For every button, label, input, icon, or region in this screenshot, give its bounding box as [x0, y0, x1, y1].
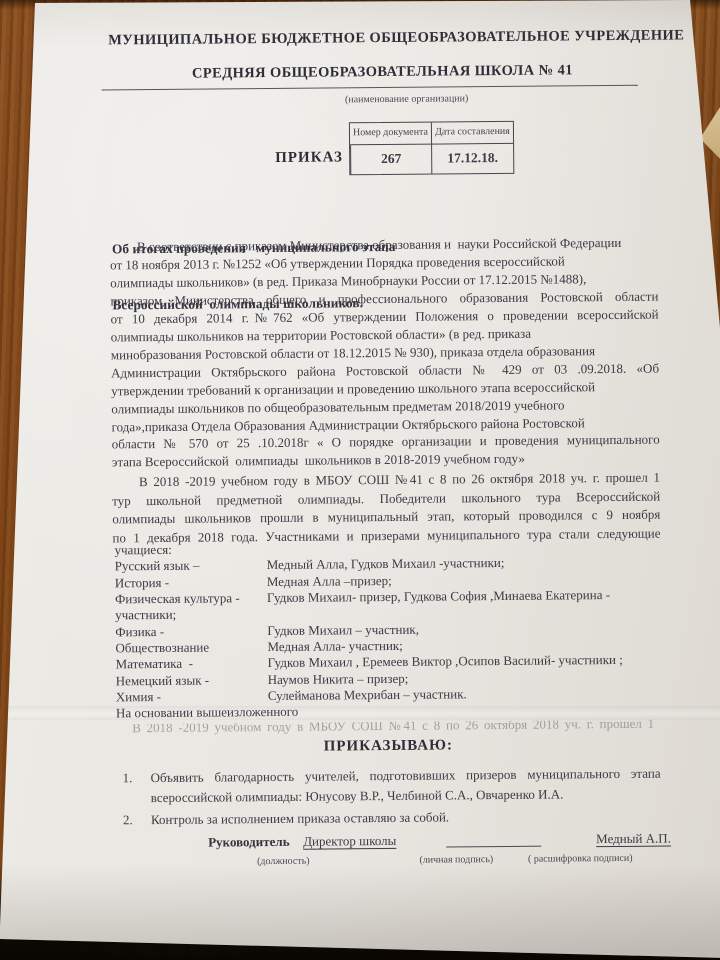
result-names: Медный Алла, Гудков Михаил -участники; — [267, 555, 505, 572]
org-name-line-1: МУНИЦИПАЛЬНОЕ БЮДЖЕТНОЕ ОБЩЕОБРАЗОВАТЕЛЬ… — [108, 28, 656, 50]
personal-signature-caption: (личная подпись) — [411, 854, 501, 866]
result-subject: История - — [115, 574, 267, 592]
result-subject: Обществознание — [115, 639, 267, 657]
org-name-line-2: СРЕДНЯЯ ОБЩЕОБРАЗОВАТЕЛЬНАЯ ШКОЛА № 41 — [108, 62, 656, 84]
result-names: Наумов Никита – призер; — [268, 671, 409, 687]
signature-role-label: Руководитель — [208, 834, 290, 851]
doc-date-header: Дата составления — [431, 122, 513, 145]
result-names: Медная Алла –призер; — [267, 573, 392, 589]
result-names: Гудков Михаил- призер, Гудкова София ,Ми… — [267, 587, 610, 605]
paper-sheet: МУНИЦИПАЛЬНОЕ БЮДЖЕТНОЕ ОБЩЕОБРАЗОВАТЕЛЬ… — [0, 0, 720, 960]
result-subject: Русский язык – — [115, 557, 267, 575]
doc-type-label: ПРИКАЗ — [275, 149, 343, 167]
order-item-text: Контроль за исполнением приказа оставляю… — [151, 805, 661, 830]
result-names: Гудков Михаил , Еремеев Виктор ,Осипов В… — [268, 652, 623, 670]
order-item-number: 2. — [123, 810, 151, 831]
result-subject: участники; — [115, 606, 267, 624]
result-names: Медная Алла- участник; — [267, 638, 403, 654]
signature-position-value: Директор школы — [303, 833, 396, 850]
order-item: 2. Контроль за исполнением приказа остав… — [123, 805, 661, 830]
body-paragraph-2: В 2018 -2019 учебном году в МБОУ СОШ №41… — [112, 469, 661, 548]
doc-number-header: Номер документа — [350, 123, 431, 146]
result-subject: Химия - — [116, 688, 268, 706]
signature-blank-line — [446, 832, 541, 848]
misprint-ghost-line: В 2018 -2019 учебном году в МБОУ СОШ №41… — [114, 720, 654, 738]
name-transcript-caption: ( расшифровка подписи) — [505, 853, 655, 865]
basis-line: На основании вышеизложенного — [116, 704, 298, 722]
body-paragraph-1: В соответствии с приказом Министерства о… — [110, 234, 660, 472]
org-name-divider — [102, 85, 638, 91]
result-subject: Физическая культура - — [115, 590, 267, 608]
result-subject: Математика - — [116, 655, 268, 673]
result-subject: Физика - — [115, 623, 267, 641]
order-item-number: 1. — [123, 768, 151, 809]
result-names: Гудков Михаил – участник, — [267, 621, 419, 637]
result-subject: Немецкий язык - — [116, 672, 268, 690]
doc-meta-table: Номер документа Дата составления 267 17.… — [349, 121, 514, 175]
doc-number-value: 267 — [350, 145, 431, 175]
result-row: Химия -Сулейманова Мехрибан – участник. — [116, 685, 662, 706]
result-names: Сулейманова Мехрибан – участник. — [268, 686, 467, 703]
position-caption: (должность) — [243, 856, 323, 868]
order-item: 1. Объявить благодарность учителей, подг… — [123, 764, 661, 809]
order-item-text: Объявить благодарность учителей, подгото… — [151, 764, 661, 809]
result-subject: учащиеся: — [115, 541, 267, 559]
signature-row: Руководитель Директор школы Медный А.П. — [115, 831, 663, 836]
signature-captions: (должность) (личная подпись) ( расшифров… — [115, 853, 663, 872]
doc-date-value: 17.12.18. — [431, 144, 513, 174]
olympiad-results-list: учащиеся: Русский язык –Медный Алла, Гуд… — [115, 538, 662, 706]
order-heading: ПРИКАЗЫВАЮ: — [114, 736, 662, 758]
signature-name-value: Медный А.П. — [596, 831, 671, 848]
org-name-caption: (наименование организации) — [109, 91, 681, 107]
document-content: МУНИЦИПАЛЬНОЕ БЮДЖЕТНОЕ ОБЩЕОБРАЗОВАТЕЛЬ… — [108, 0, 664, 960]
order-items-list: 1. Объявить благодарность учителей, подг… — [123, 764, 662, 832]
